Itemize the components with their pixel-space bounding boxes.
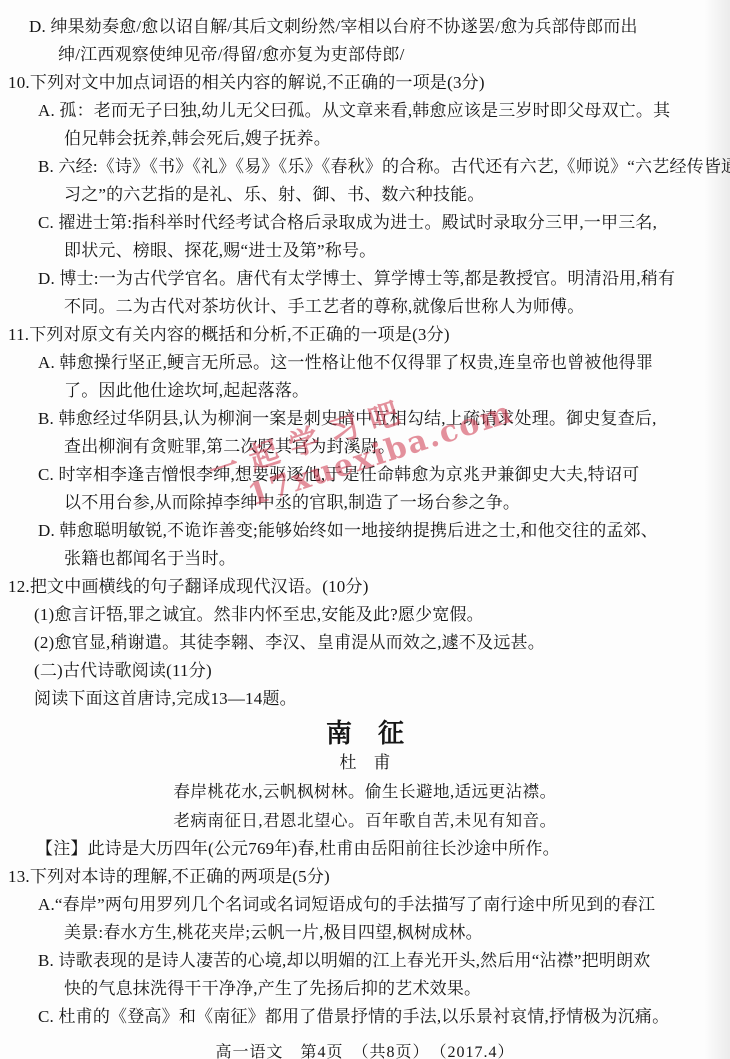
q10-option-c-line1: C. 擢进士第:指科举时代经考试合格后录取成为进士。殿试时录取分三甲,一甲三名,: [0, 209, 730, 237]
poem-line-2: 老病南征日,君恩北望心。百年歌自苦,未见有知音。: [0, 806, 730, 835]
q11-option-b-line1: B. 韩愈经过华阴县,认为柳涧一案是刺史暗中互相勾结,上疏请求处理。御史复查后,: [0, 405, 730, 433]
q11-stem: 11.下列对原文有关内容的概括和分析,不正确的一项是(3分): [0, 321, 730, 349]
q13-stem: 13.下列对本诗的理解,不正确的两项是(5分): [0, 863, 730, 891]
carryover-option-d-line1: D. 绅果劾奏愈/愈以诏自解/其后文刺纷然/宰相以台府不协遂罢/愈为兵部侍郎而出: [0, 13, 730, 41]
q11-option-a-line2: 了。因此他仕途坎坷,起起落落。: [0, 377, 730, 405]
q11-option-b-line2: 查出柳涧有贪赃罪,第二次贬其官为封溪尉。: [0, 433, 730, 461]
q11-option-c-line2: 以不用台参,从而除掉李绅中丞的官职,制造了一场台参之争。: [0, 489, 730, 517]
q12-stem: 12.把文中画横线的句子翻译成现代汉语。(10分): [0, 573, 730, 601]
q11-option-d-line1: D. 韩愈聪明敏锐,不诡诈善变;能够始终如一地接纳提携后进之士,和他交往的孟郊、: [0, 517, 730, 545]
q12-sentence-1: (1)愈言讦牾,罪之诚宜。然非内怀至忠,安能及此?愿少宽假。: [0, 601, 730, 629]
exam-content: D. 绅果劾奏愈/愈以诏自解/其后文刺纷然/宰相以台府不协遂罢/愈为兵部侍郎而出…: [0, 0, 730, 1059]
page-footer: 高一语文 第4页 （共8页） （2017.4）: [0, 1039, 730, 1059]
carryover-option-d-line2: 绅/江西观察使绅见帝/得留/愈亦复为吏部侍郎/: [0, 41, 730, 69]
q10-option-d-line2: 不同。二为古代对茶坊伙计、手工艺者的尊称,就像后世称人为师傅。: [0, 293, 730, 321]
section2-heading: (二)古代诗歌阅读(11分): [0, 657, 730, 685]
q10-option-c-line2: 即状元、榜眼、探花,赐“进士及第”称号。: [0, 237, 730, 265]
section2-intro: 阅读下面这首唐诗,完成13—14题。: [0, 685, 730, 713]
q10-option-a-line1: A. 孤：老而无子曰独,幼儿无父曰孤。从文章来看,韩愈应该是三岁时即父母双亡。其: [0, 97, 730, 125]
q11-option-a-line1: A. 韩愈操行坚正,鲠言无所忌。这一性格让他不仅得罪了权贵,连皇帝也曾被他得罪: [0, 349, 730, 377]
q10-option-b-line1: B. 六经:《诗》《书》《礼》《易》《乐》《春秋》的合称。古代还有六艺,《师说》…: [0, 153, 730, 181]
q10-option-b-line2: 习之”的六艺指的是礼、乐、射、御、书、数六种技能。: [0, 181, 730, 209]
q10-option-a-line2: 伯兄韩会抚养,韩会死后,嫂子抚养。: [0, 125, 730, 153]
q13-option-b-line1: B. 诗歌表现的是诗人凄苦的心境,却以明媚的江上春光开头,然后用“沾襟”把明朗欢: [0, 947, 730, 975]
q13-option-b-line2: 快的气息抹洗得干干净净,产生了先扬后抑的艺术效果。: [0, 975, 730, 1003]
q11-option-c-line1: C. 时宰相李逢吉憎恨李绅,想要驱逐他,于是任命韩愈为京兆尹兼御史大夫,特诏可: [0, 461, 730, 489]
q10-stem: 10.下列对文中加点词语的相关内容的解说,不正确的一项是(3分): [0, 69, 730, 97]
poem-title: 南 征: [0, 717, 730, 749]
q10-option-d-line1: D. 博士:一为古代学官名。唐代有太学博士、算学博士等,都是教授官。明清沿用,稍…: [0, 265, 730, 293]
q13-option-a-line1: A.“春岸”两句用罗列几个名词或名词短语成句的手法描写了南行途中所见到的春江: [0, 891, 730, 919]
q13-option-a-line2: 美景:春水方生,桃花夹岸;云帆一片,极目四望,枫树成林。: [0, 919, 730, 947]
poem-author: 杜 甫: [0, 749, 730, 777]
q11-option-d-line2: 张籍也都闻名于当时。: [0, 545, 730, 573]
poem-line-1: 春岸桃花水,云帆枫树林。偷生长避地,适远更沾襟。: [0, 777, 730, 806]
poem-note: 【注】此诗是大历四年(公元769年)春,杜甫由岳阳前往长沙途中所作。: [0, 835, 730, 863]
q13-option-c-line1: C. 杜甫的《登高》和《南征》都用了借景抒情的手法,以乐景衬哀情,抒情极为沉痛。: [0, 1003, 730, 1031]
exam-page: D. 绅果劾奏愈/愈以诏自解/其后文刺纷然/宰相以台府不协遂罢/愈为兵部侍郎而出…: [0, 0, 730, 1059]
q12-sentence-2: (2)愈官显,稍谢遣。其徒李翱、李汉、皇甫湜从而效之,遽不及远甚。: [0, 629, 730, 657]
